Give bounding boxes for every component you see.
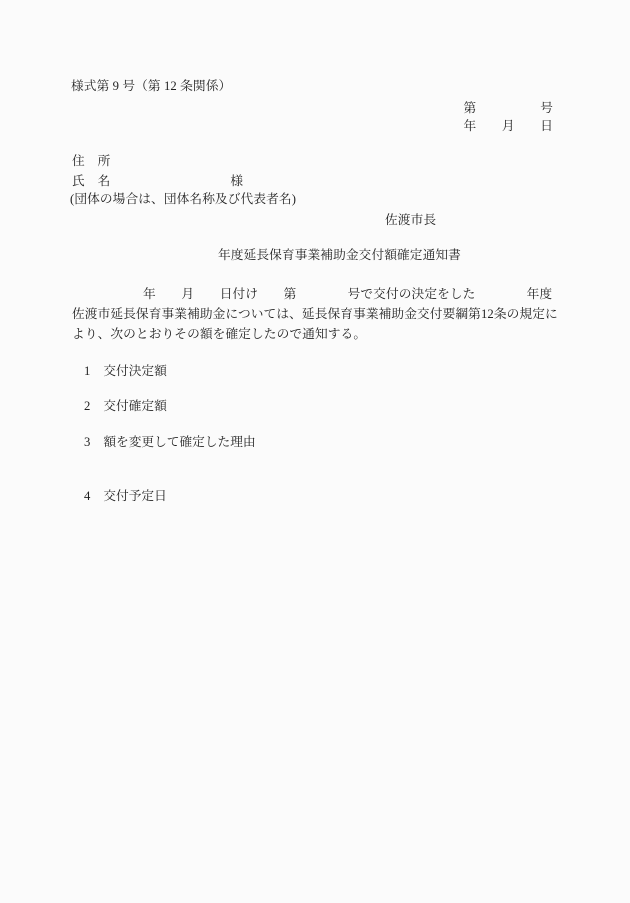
body-line-1: 年 月 日付け 第 号で交付の決定をした 年度 — [143, 284, 552, 304]
list-item: 3額を変更して確定した理由 — [84, 432, 256, 452]
list-item: 2交付確定額 — [84, 396, 167, 416]
recipient-name-label: 氏 名 — [72, 174, 110, 188]
item-label: 交付予定日 — [103, 489, 166, 503]
item-number: 3 — [84, 435, 90, 449]
item-label: 交付決定額 — [103, 364, 166, 378]
list-item: 1交付決定額 — [84, 361, 167, 381]
item-number: 4 — [84, 489, 90, 503]
recipient-name-line: 氏 名様 — [72, 171, 243, 191]
recipient-group-note: (団体の場合は、団体名称及び代表者名) — [70, 189, 296, 209]
body-line-3: より、次のとおりその額を確定したので通知する。 — [72, 324, 366, 344]
form-number-line: 様式第 9 号（第 12 条関係） — [71, 76, 231, 96]
document-number-line: 第 号 — [463, 98, 553, 118]
recipient-address-label: 住 所 — [72, 151, 110, 171]
recipient-honorific: 様 — [230, 174, 243, 188]
document-title: 年度延長保育事業補助金交付額確定通知書 — [218, 245, 461, 265]
sender-name: 佐渡市長 — [385, 210, 436, 230]
item-label: 額を変更して確定した理由 — [103, 435, 255, 449]
date-line: 年 月 日 — [463, 116, 553, 136]
item-number: 1 — [84, 364, 90, 378]
document-page: 様式第 9 号（第 12 条関係） 第 号 年 月 日 住 所 氏 名様 (団体… — [0, 0, 630, 903]
item-number: 2 — [84, 399, 90, 413]
list-item: 4交付予定日 — [84, 486, 167, 506]
body-line-2: 佐渡市延長保育事業補助金については、延長保育事業補助金交付要綱第12条の規定に — [72, 304, 558, 324]
item-label: 交付確定額 — [103, 399, 166, 413]
